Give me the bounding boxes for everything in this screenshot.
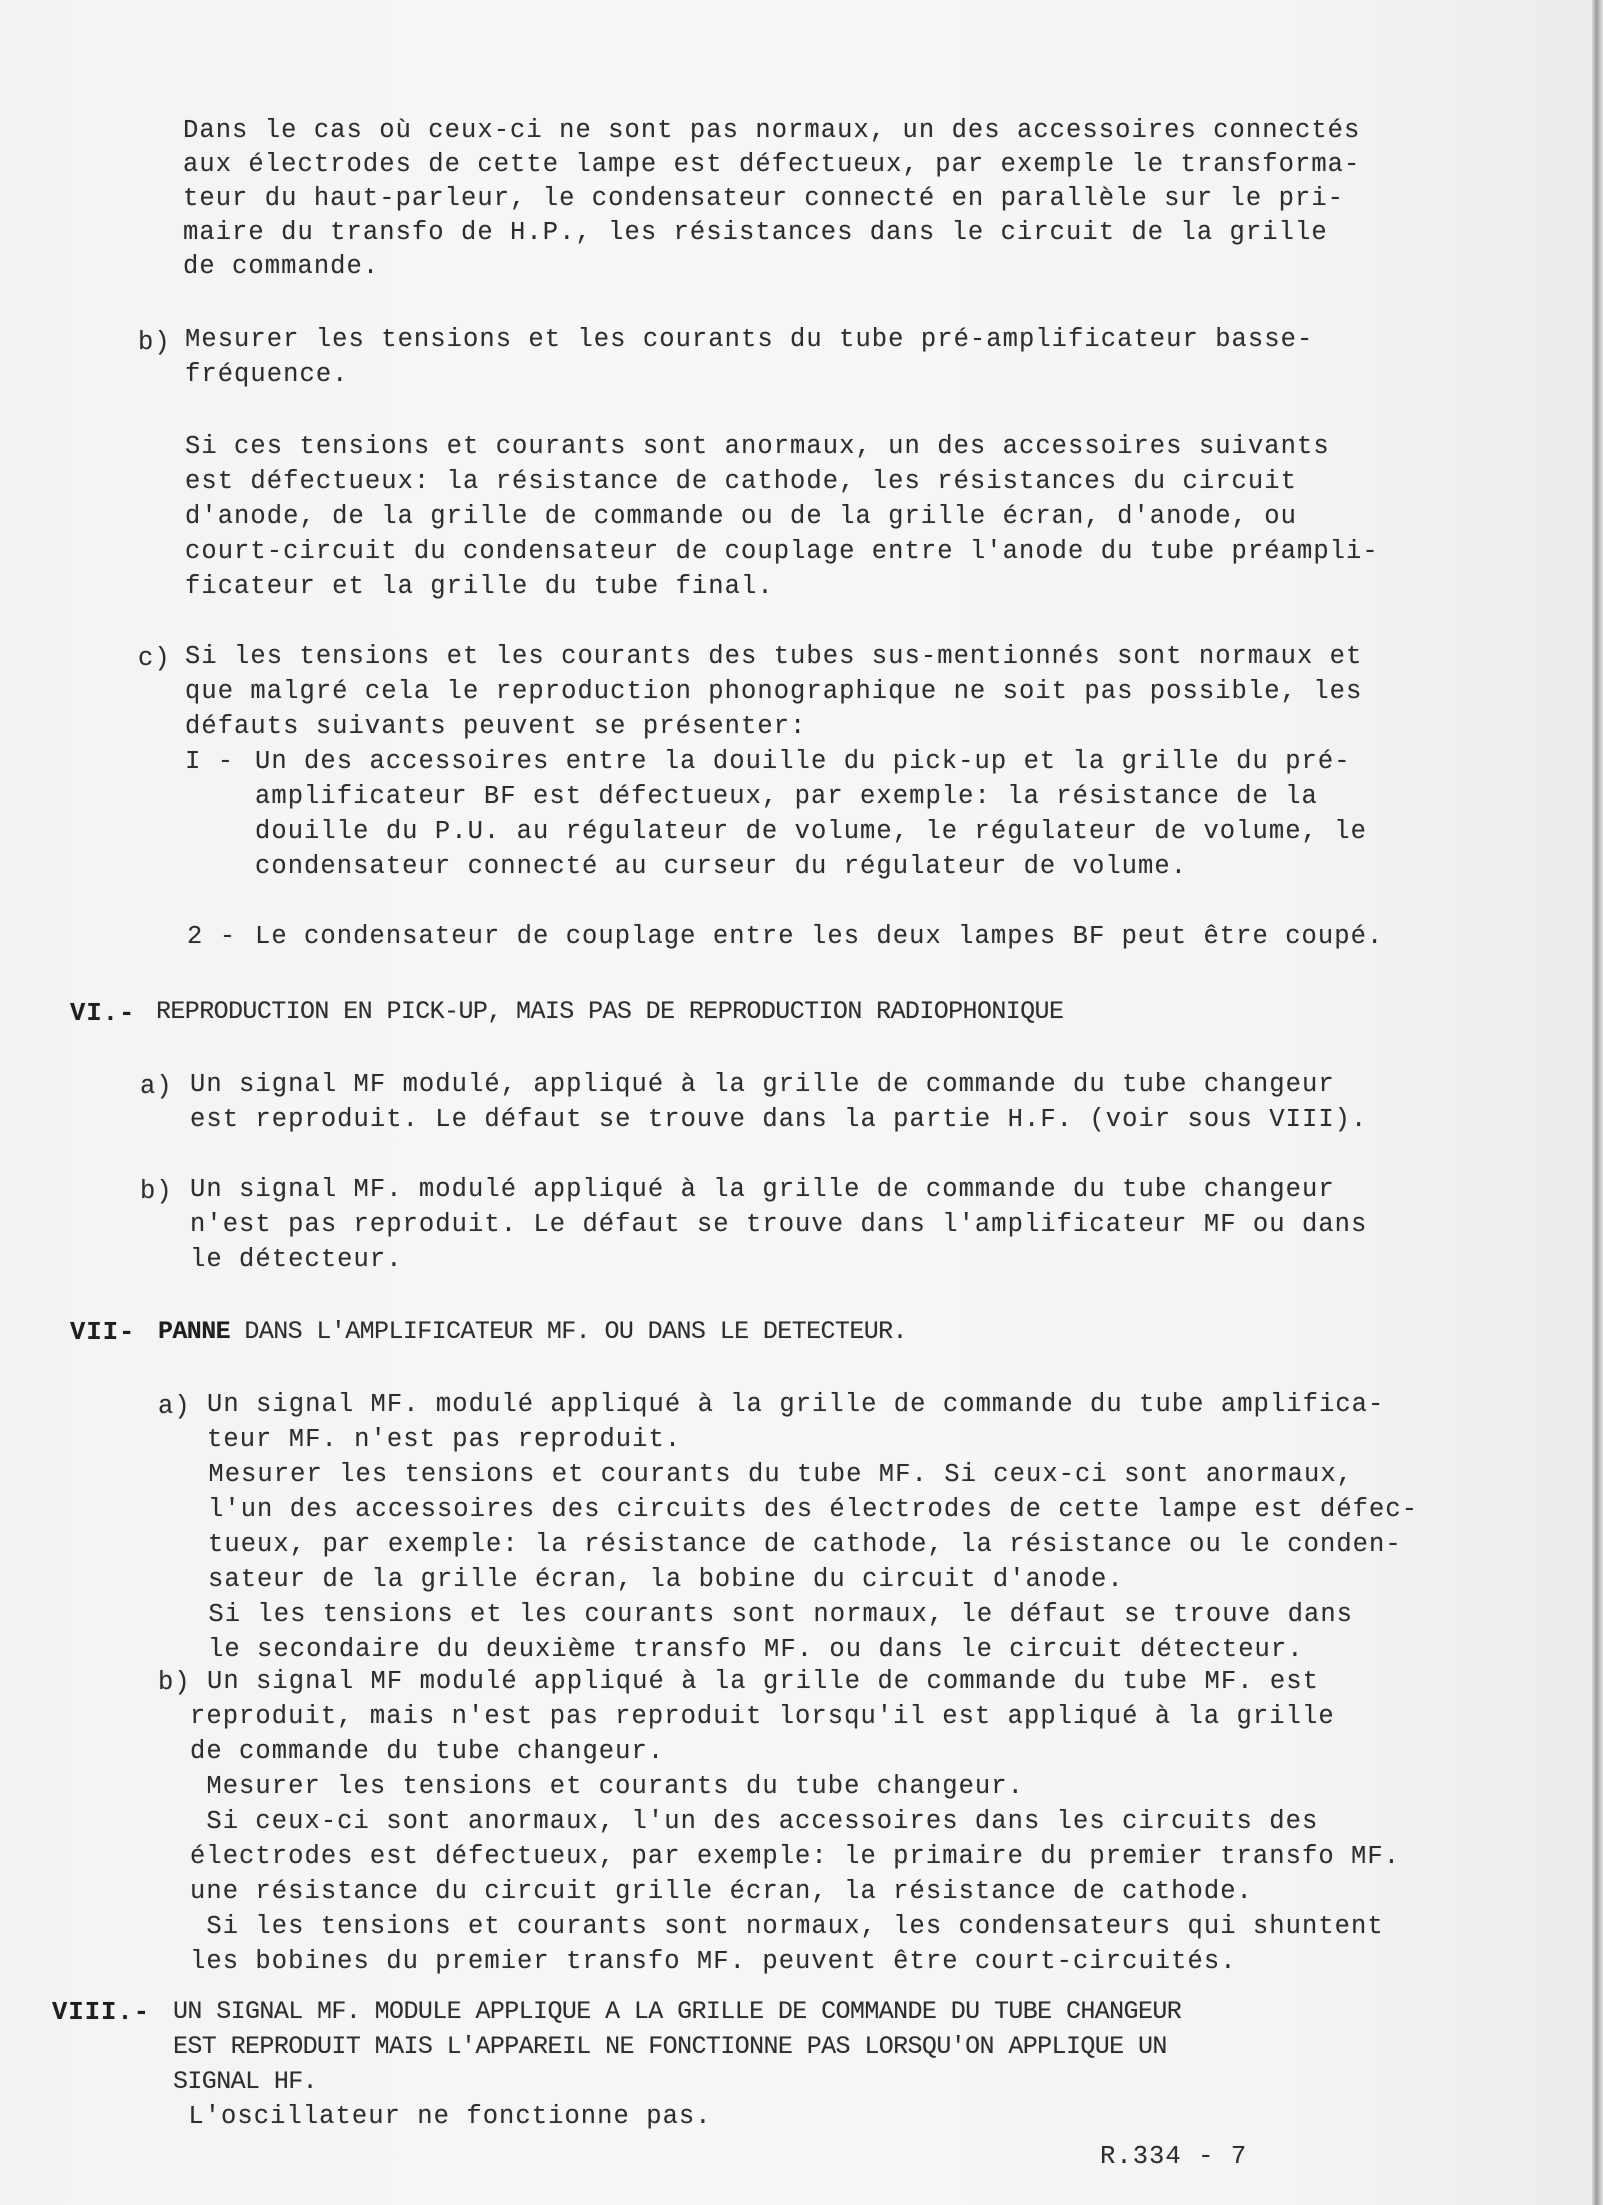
item-label: b)	[138, 328, 171, 358]
text-line: le détecteur.	[190, 1245, 403, 1275]
text-line: court-circuit du condensateur de couplag…	[185, 537, 1379, 567]
text-line: maire du transfo de H.P., les résistance…	[183, 218, 1328, 248]
item-label: a)	[140, 1072, 173, 1102]
item-label: b)	[158, 1668, 191, 1698]
text-line: Dans le cas où ceux-ci ne sont pas norma…	[183, 116, 1360, 146]
text-line: Un des accessoires entre la douille du p…	[255, 747, 1351, 777]
text-line: condensateur connecté au curseur du régu…	[255, 852, 1187, 882]
text-line: Si les tensions et courants sont normaux…	[190, 1912, 1384, 1942]
section-heading: REPRODUCTION EN PICK-UP, MAIS PAS DE REP…	[156, 997, 1063, 1027]
section-heading: SIGNAL HF.	[173, 2067, 317, 2097]
sub-item-label: 2 -	[187, 922, 236, 952]
text-line: fréquence.	[185, 360, 349, 390]
text-line: Un signal MF. modulé appliqué à la grill…	[207, 1390, 1384, 1420]
text-line: sateur de la grille écran, la bobine du …	[208, 1565, 1124, 1595]
text-line: défauts suivants peuvent se présenter:	[185, 712, 806, 742]
text-line: Mesurer les tensions et courants du tube…	[192, 1460, 1353, 1490]
text-line: de commande.	[183, 252, 379, 282]
text-line: Mesurer les tensions et courants du tube…	[190, 1772, 1024, 1802]
section-heading: UN SIGNAL MF. MODULE APPLIQUE A LA GRILL…	[173, 1997, 1181, 2027]
text-line: de commande du tube changeur.	[190, 1737, 664, 1767]
text-line: que malgré cela le reproduction phonogra…	[185, 677, 1362, 707]
section-number: VIII.-	[52, 1998, 150, 2028]
text-line: tueux, par exemple: la résistance de cat…	[208, 1530, 1402, 1560]
text-line: douille du P.U. au régulateur de volume,…	[255, 817, 1367, 847]
text-line: l'un des accessoires des circuits des él…	[208, 1495, 1418, 1525]
text-line: Si ceux-ci sont anormaux, l'un des acces…	[190, 1807, 1318, 1837]
text-line: ficateur et la grille du tube final.	[185, 572, 774, 602]
text-line: Si ces tensions et courants sont anormau…	[185, 432, 1330, 462]
text-line: Un signal MF modulé appliqué à la grille…	[207, 1667, 1319, 1697]
text-line: les bobines du premier transfo MF. peuve…	[190, 1947, 1237, 1977]
text-line: est défectueux: la résistance de cathode…	[185, 467, 1297, 497]
text-line: Un signal MF. modulé appliqué à la grill…	[190, 1175, 1335, 1205]
text-line: d'anode, de la grille de commande ou de …	[185, 502, 1297, 532]
page-reference: R.334 - 7	[1100, 2142, 1247, 2172]
text-line: le secondaire du deuxième transfo MF. ou…	[208, 1635, 1304, 1665]
item-label: b)	[140, 1177, 173, 1207]
section-number: VI.-	[70, 999, 135, 1029]
text-line: est reproduit. Le défaut se trouve dans …	[190, 1105, 1367, 1135]
heading-rest: DANS L'AMPLIFICATEUR MF. OU DANS LE DETE…	[230, 1317, 907, 1346]
text-line: aux électrodes de cette lampe est défect…	[183, 150, 1360, 180]
text-line: Le condensateur de couplage entre les de…	[255, 922, 1383, 952]
text-line: reproduit, mais n'est pas reproduit lors…	[190, 1702, 1335, 1732]
text-line: L'oscillateur ne fonctionne pas.	[172, 2102, 712, 2132]
text-line: électrodes est défectueux, par exemple: …	[190, 1842, 1400, 1872]
text-line: n'est pas reproduit. Le défaut se trouve…	[190, 1210, 1367, 1240]
page-edge-shadow	[1592, 0, 1603, 2205]
text-line: Si les tensions et les courants sont nor…	[192, 1600, 1353, 1630]
text-line: une résistance du circuit grille écran, …	[190, 1877, 1253, 1907]
text-line: teur du haut-parleur, le condensateur co…	[183, 184, 1344, 214]
text-line: Un signal MF modulé, appliqué à la grill…	[190, 1070, 1335, 1100]
section-heading: EST REPRODUIT MAIS L'APPAREIL NE FONCTIO…	[173, 2032, 1167, 2062]
text-line: teur MF. n'est pas reproduit.	[207, 1425, 681, 1455]
item-label: c)	[138, 644, 171, 674]
section-number: VII-	[70, 1318, 135, 1348]
section-heading: PANNE DANS L'AMPLIFICATEUR MF. OU DANS L…	[158, 1317, 907, 1347]
heading-bold-word: PANNE	[158, 1317, 230, 1346]
text-line: Mesurer les tensions et les courants du …	[185, 325, 1313, 355]
item-label: a)	[158, 1392, 191, 1422]
text-line: Si les tensions et les courants des tube…	[185, 642, 1362, 672]
sub-item-label: I -	[185, 747, 234, 777]
text-line: amplificateur BF est défectueux, par exe…	[255, 782, 1318, 812]
